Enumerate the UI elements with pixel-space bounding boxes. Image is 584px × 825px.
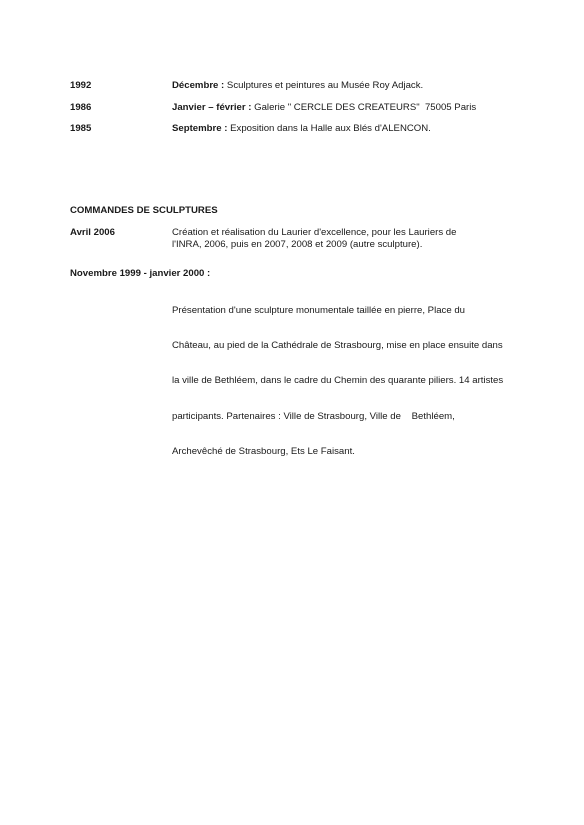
exposition-year: 1985 [70, 123, 91, 135]
commande-description: Présentation d'une sculpture monumentale… [172, 281, 503, 482]
exposition-text: Sculptures et peintures au Musée Roy Adj… [224, 80, 423, 91]
exposition-month: Décembre : [172, 80, 224, 91]
commande-line: Archevêché de Strasbourg, Ets Le Faisant… [172, 446, 503, 458]
section-heading-commandes: COMMANDES DE SCULPTURES [70, 205, 218, 217]
commande-line: la ville de Bethléem, dans le cadre du C… [172, 375, 503, 387]
exposition-year: 1992 [70, 80, 91, 92]
exposition-description: Décembre : Sculptures et peintures au Mu… [172, 80, 423, 92]
commande-line: participants. Partenaires : Ville de Str… [172, 411, 503, 423]
commande-description: Création et réalisation du Laurier d'exc… [172, 227, 456, 251]
exposition-description: Septembre : Exposition dans la Halle aux… [172, 123, 431, 135]
commande-line: Création et réalisation du Laurier d'exc… [172, 227, 456, 239]
exposition-text: Galerie " CERCLE DES CREATEURS" 75005 Pa… [251, 102, 476, 113]
exposition-month: Septembre : [172, 123, 227, 134]
commande-date: Avril 2006 [70, 227, 115, 239]
exposition-month: Janvier – février : [172, 102, 251, 113]
exposition-text: Exposition dans la Halle aux Blés d'ALEN… [227, 123, 430, 134]
commande-line: Château, au pied de la Cathédrale de Str… [172, 340, 503, 352]
commande-line: Présentation d'une sculpture monumentale… [172, 305, 503, 317]
commande-line: l'INRA, 2006, puis en 2007, 2008 et 2009… [172, 239, 456, 251]
commande-date: Novembre 1999 - janvier 2000 : [70, 268, 210, 280]
exposition-description: Janvier – février : Galerie " CERCLE DES… [172, 102, 476, 114]
exposition-year: 1986 [70, 102, 91, 114]
